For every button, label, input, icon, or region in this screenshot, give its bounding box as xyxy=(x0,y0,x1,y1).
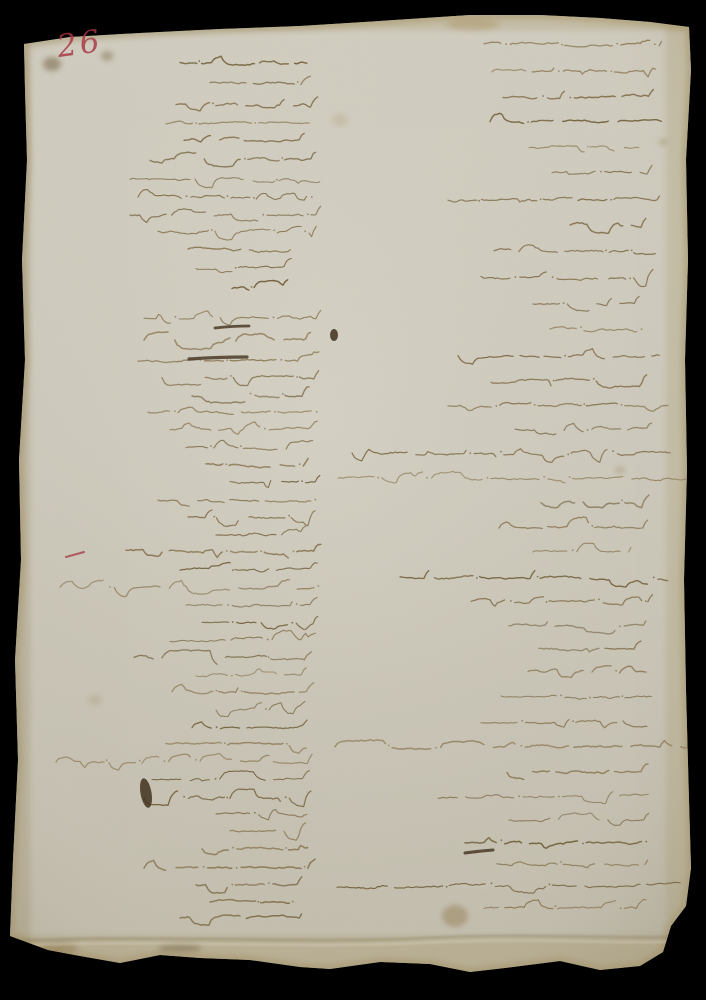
photo-background: 26 xyxy=(0,0,706,1000)
manuscript-page xyxy=(0,0,706,1000)
paper-texture xyxy=(0,0,706,1000)
folio-number: 26 xyxy=(55,23,105,65)
